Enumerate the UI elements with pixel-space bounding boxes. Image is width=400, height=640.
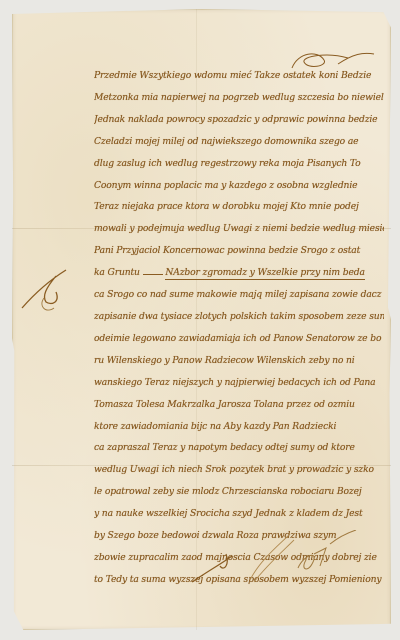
manuscript-line: ca Srogo co nad sume makowie majq milej … bbox=[94, 284, 384, 306]
manuscript-line: Jednak naklada powrocy spozadzic y odpra… bbox=[94, 109, 384, 131]
manuscript-line: wedlug Uwagi ich niech Srok pozytek brat… bbox=[94, 459, 384, 481]
margin-mark-icon bbox=[16, 262, 76, 322]
manuscript-line: ca zapraszal Teraz y napotym bedacy odte… bbox=[94, 437, 384, 459]
manuscript-line: ru Wilenskiego y Panow Radziecow Wilensk… bbox=[94, 350, 384, 372]
manuscript-text: Przedmie Wszytkiego wdomu mieć Takze ost… bbox=[94, 65, 384, 591]
signature-icon bbox=[180, 530, 360, 590]
manuscript-line: wanskiego Teraz niejszych y najpierwiej … bbox=[94, 372, 384, 394]
manuscript-line: Pani Przyjaciol Koncernowac powinna bedz… bbox=[94, 240, 384, 262]
manuscript-line: Czeladzi mojej milej od najwiekszego dom… bbox=[94, 131, 384, 153]
manuscript-line: le opatrowal zeby sie mlodz Chrzesciansk… bbox=[94, 481, 384, 503]
manuscript-line: Przedmie Wszytkiego wdomu mieć Takze ost… bbox=[94, 65, 384, 87]
manuscript-line: y na nauke wszelkiej Srocicha szyd Jedna… bbox=[94, 503, 384, 525]
line-prefix: ka Gruntu bbox=[94, 267, 140, 279]
underlined-phrase: NAzbor zgromadz y Wszelkie przy nim beda bbox=[165, 267, 364, 280]
manuscript-line: Teraz niejaka prace ktora w dorobku moje… bbox=[94, 196, 384, 218]
manuscript-line: Coonym winna poplacic ma y kazdego z oso… bbox=[94, 175, 384, 197]
manuscript-line: mowali y podejmuja wedlug Uwagi z niemi … bbox=[94, 218, 384, 240]
manuscript-line: Metzonka mia napierwej na pogrzeb wedlug… bbox=[94, 87, 384, 109]
manuscript-line-underlined: ka Gruntu NAzbor zgromadz y Wszelkie prz… bbox=[94, 262, 384, 284]
manuscript-line: zapisanie dwa tysiace zlotych polskich t… bbox=[94, 306, 384, 328]
manuscript-line: ktore zawiadomiania bijc na Aby kazdy Pa… bbox=[94, 416, 384, 438]
manuscript-line: Tomasza Tolesa Makrzalka Jarosza Tolana … bbox=[94, 394, 384, 416]
manuscript-line: odeimie legowano zawiadamiaja ich od Pan… bbox=[94, 328, 384, 350]
manuscript-line: dlug zaslug ich wedlug regestrzowy reka … bbox=[94, 153, 384, 175]
